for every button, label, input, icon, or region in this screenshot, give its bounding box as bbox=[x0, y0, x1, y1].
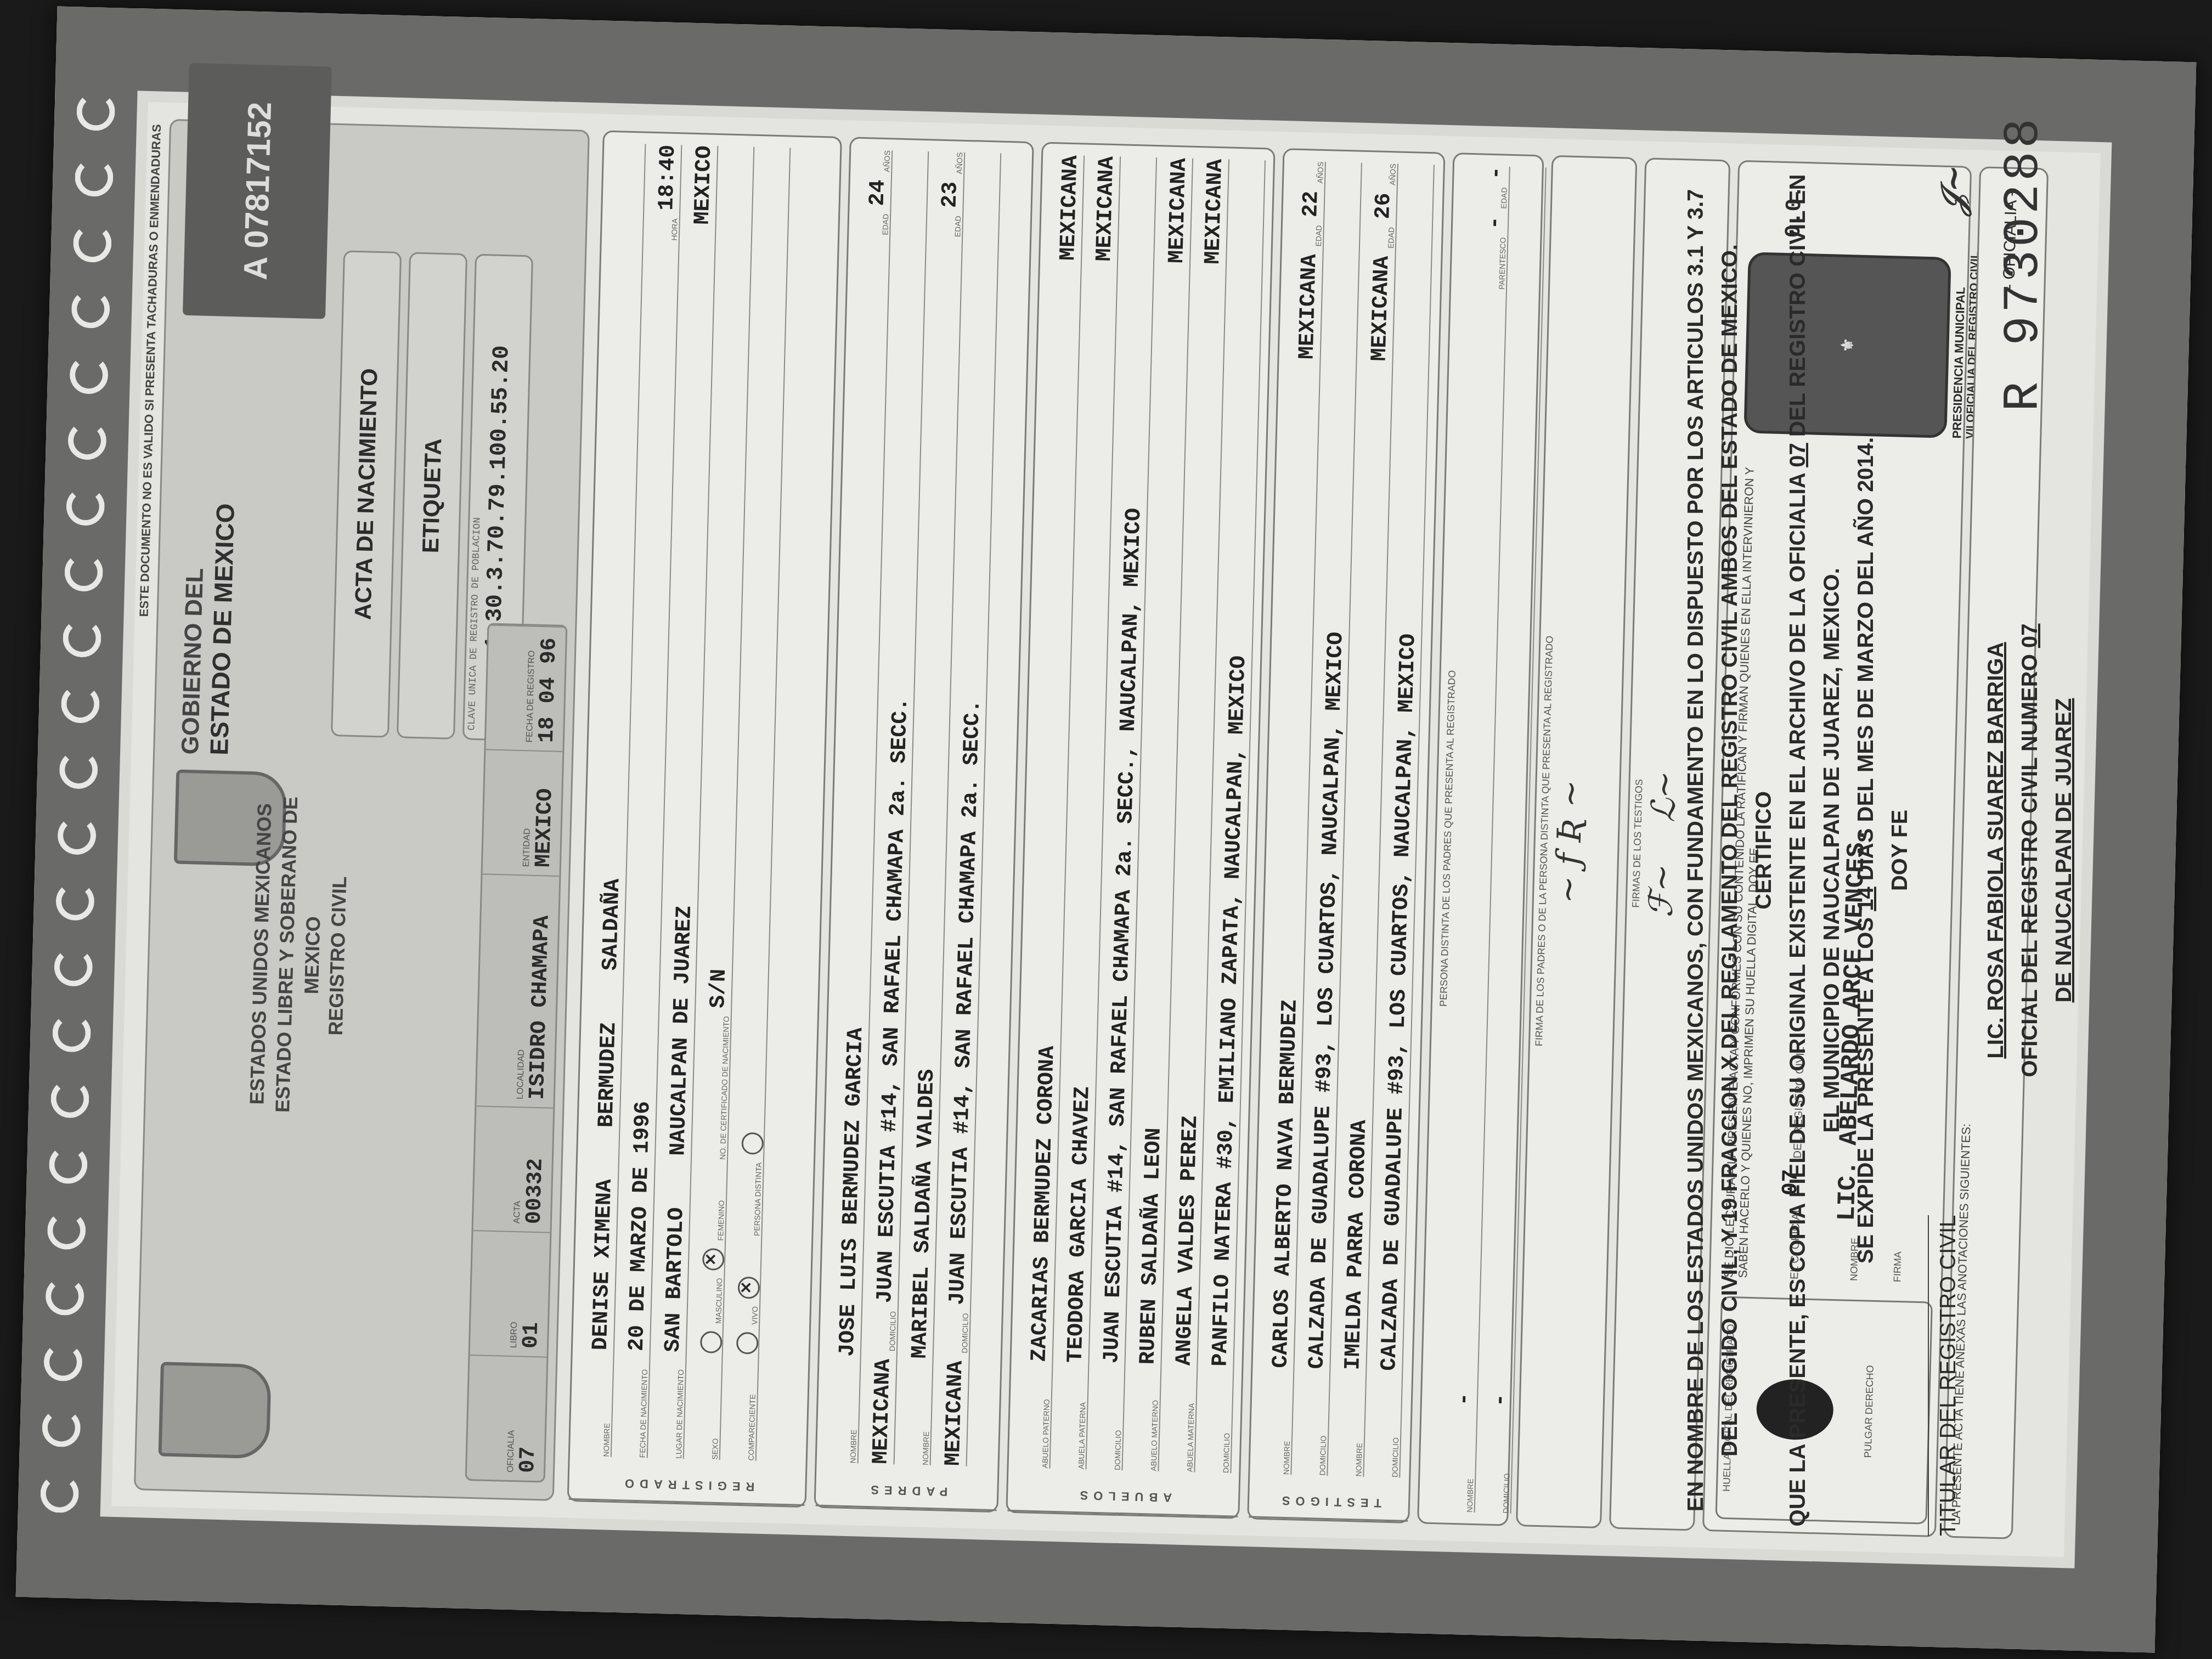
id-oficialia: OFICIALIA07 bbox=[467, 1355, 547, 1481]
etiqueta-box: ETIQUETA bbox=[397, 252, 467, 739]
section-registrado: REGISTRADO NOMBRE DENISE XIMENA BERMUDEZ… bbox=[567, 131, 842, 1508]
section-abuelos: ABUELOS ABUELO PATERNOZACARIAS BERMUDEZ … bbox=[1006, 142, 1275, 1519]
registry-id-row: OFICIALIA07 LIBRO01 ACTA00332 LOCALIDADI… bbox=[465, 623, 568, 1482]
id-libro: LIBRO01 bbox=[470, 1230, 550, 1356]
vivo-radio bbox=[737, 1276, 760, 1299]
serial-number-area: R 9730288 bbox=[1953, 93, 2096, 433]
folio-number: A 07817152 bbox=[236, 101, 278, 280]
certificate-header: GOBIERNO DEL ESTADO DE MEXICO ESTADOS UN… bbox=[134, 119, 590, 1501]
government-title: GOBIERNO DEL ESTADO DE MEXICO bbox=[177, 370, 244, 755]
id-localidad: LOCALIDADISIDRO CHAMAPA bbox=[476, 873, 559, 1108]
sexo-masculino-radio bbox=[700, 1331, 723, 1353]
certifico-heading: CERTIFICO bbox=[1747, 165, 1781, 1536]
photo-background: ESTE DOCUMENTO NO ES VALIDO SI PRESENTA … bbox=[0, 0, 2212, 1659]
document-type-box: ACTA DE NACIMIENTO bbox=[331, 250, 402, 737]
id-acta: ACTA00332 bbox=[473, 1106, 553, 1232]
issuer-lines: ESTADOS UNIDOS MEXICANOS ESTADO LIBRE Y … bbox=[243, 756, 356, 1154]
persona-distinta-radio bbox=[741, 1132, 764, 1155]
sexo-femenino-radio bbox=[702, 1248, 725, 1271]
folio-logo: A 07817152 bbox=[183, 63, 332, 319]
id-fecha-registro: FECHA DE REGISTRO18 04 96 bbox=[486, 624, 566, 751]
section-testigos: TESTIGOS NOMBRECARLOS ALBERTO NAVA BERMU… bbox=[1247, 148, 1445, 1523]
certification-para1: EN NOMBRE DE LOS ESTADOS UNIDOS MEXICANO… bbox=[1679, 165, 1747, 1536]
section-padres: PADRES NOMBRE JOSE LUIS BERMUDEZ GARCIA … bbox=[814, 137, 1034, 1513]
id-entidad: ENTIDADMEXICO bbox=[483, 749, 563, 875]
compareciente-radio bbox=[736, 1332, 759, 1355]
serial-number: R 9730288 bbox=[1996, 115, 2052, 411]
national-seal-icon bbox=[159, 1362, 272, 1459]
